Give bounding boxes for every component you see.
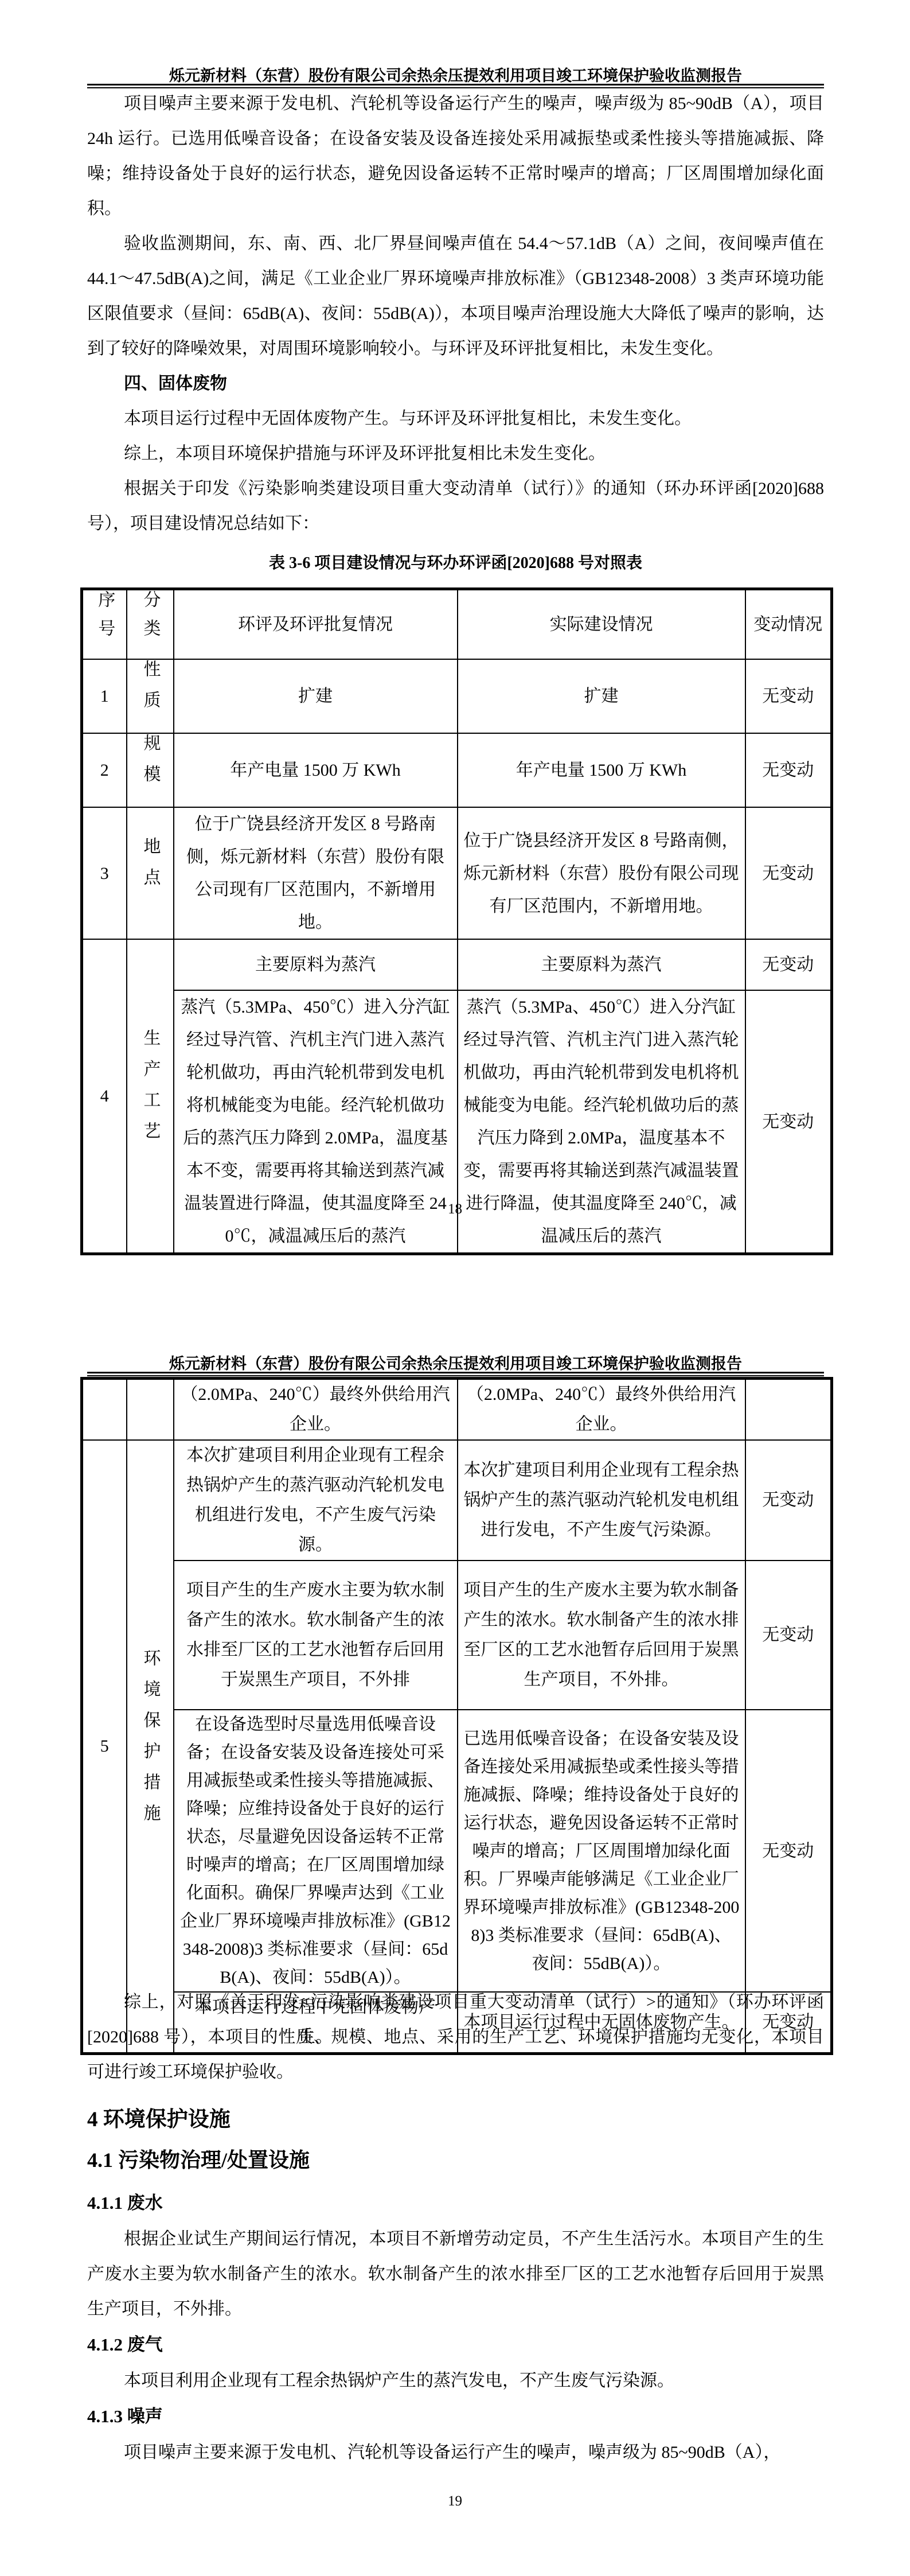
cell-actual: 主要原料为蒸汽: [458, 939, 745, 990]
cell-no: 5: [82, 1440, 127, 2054]
header-cell-no: 序号: [82, 589, 127, 660]
cell-change: 无变动: [745, 1710, 832, 1992]
page-header-title: 烁元新材料（东营）股份有限公司余热余压提效利用项目竣工环境保护验收监测报告: [87, 1351, 824, 1373]
paragraph-noise: 项目噪声主要来源于发电机、汽轮机等设备运行产生的噪声，噪声级为 85~90dB（…: [87, 2435, 824, 2470]
cell-actual: 项目产生的生产废水主要为软水制备产生的浓水。软水制备产生的浓水排至厂区的工艺水池…: [458, 1561, 745, 1710]
cell-eia: （2.0MPa、240℃）最终外供给用汽企业。: [174, 1379, 458, 1441]
page2-body: 综上，对照《关于印发<污染影响类建设项目重大变动清单（试行）>的通知》（环办环评…: [87, 1984, 824, 2470]
empty-cell: [745, 1379, 832, 1441]
header-rule: [87, 1372, 824, 1376]
cell-category: 地点: [127, 807, 174, 939]
paragraph-conclusion: 综上，对照《关于印发<污染影响类建设项目重大变动清单（试行）>的通知》（环办环评…: [87, 1984, 824, 2089]
cell-eia: 项目产生的生产废水主要为软水制备产生的浓水。软水制备产生的浓水排至厂区的工艺水池…: [174, 1561, 458, 1710]
table-header-row: 序号 分类 环评及环评批复情况 实际建设情况 变动情况: [82, 589, 832, 660]
paragraph-solid-waste: 本项目运行过程中无固体废物产生。与环评及环评批复相比，未发生变化。: [87, 401, 824, 436]
table-row-scale: 2 规模 年产电量 1500 万 KWh 年产电量 1500 万 KWh 无变动: [82, 733, 832, 807]
paragraph-wastegas: 本项目利用企业现有工程余热锅炉产生的蒸汽发电，不产生废气污染源。: [87, 2363, 824, 2398]
cell-change: 无变动: [745, 659, 832, 733]
header-cell-actual: 实际建设情况: [458, 589, 745, 660]
paragraph-noise-monitoring: 验收监测期间，东、南、西、北厂界昼间噪声值在 54.4～57.1dB（A）之间，…: [87, 226, 824, 366]
table-row-waste-water: 项目产生的生产废水主要为软水制备产生的浓水。软水制备产生的浓水排至厂区的工艺水池…: [82, 1561, 832, 1710]
page-18: 烁元新材料（东营）股份有限公司余热余压提效利用项目竣工环境保护验收监测报告 项目…: [0, 0, 910, 1288]
heading-solid-waste: 四、固体废物: [87, 366, 824, 401]
cell-no: 2: [82, 733, 127, 807]
cell-actual: 位于广饶县经济开发区 8 号路南侧，烁元新材料（东营）股份有限公司现有厂区范围内…: [458, 807, 745, 939]
report-document: 烁元新材料（东营）股份有限公司余热余压提效利用项目竣工环境保护验收监测报告 项目…: [0, 0, 910, 2576]
page-number: 18: [0, 1198, 910, 1221]
cell-no: 1: [82, 659, 127, 733]
table-row-location: 3 地点 位于广饶县经济开发区 8 号路南侧，烁元新材料（东营）股份有限公司现有…: [82, 807, 832, 939]
heading-section-4-1-1: 4.1.1 废水: [87, 2185, 824, 2221]
header-cell-change: 变动情况: [745, 589, 832, 660]
table-row-process-continued: （2.0MPa、240℃）最终外供给用汽企业。 （2.0MPa、240℃）最终外…: [82, 1379, 832, 1441]
comparison-table-page2: （2.0MPa、240℃）最终外供给用汽企业。 （2.0MPa、240℃）最终外…: [80, 1377, 833, 2055]
paragraph-basis: 根据关于印发《污染影响类建设项目重大变动清单（试行）》的通知（环办环评函[202…: [87, 471, 824, 541]
page-number: 19: [0, 2490, 910, 2513]
empty-cell: [82, 1379, 127, 1441]
cell-change: 无变动: [745, 1561, 832, 1710]
cell-change: 无变动: [745, 939, 832, 990]
cell-category: 性质: [127, 659, 174, 733]
cell-eia: 在设备选型时尽量选用低噪音设备；在设备安装及设备连接处可采用减振垫或柔性接头等措…: [174, 1710, 458, 1992]
header-cell-category: 分类: [127, 589, 174, 660]
heading-section-4-1-2: 4.1.2 废气: [87, 2326, 824, 2363]
table-row-waste-gas: 5 环境保护措施 本次扩建项目利用企业现有工程余热锅炉产生的蒸汽驱动汽轮机发电机…: [82, 1440, 832, 1561]
cell-actual: 本次扩建项目利用企业现有工程余热锅炉产生的蒸汽驱动汽轮机发电机组进行发电，不产生…: [458, 1440, 745, 1561]
cell-actual: 已选用低噪音设备；在设备安装及设备连接处采用减振垫或柔性接头等措施减振、降噪；维…: [458, 1710, 745, 1992]
page2-table-block: （2.0MPa、240℃）最终外供给用汽企业。 （2.0MPa、240℃）最终外…: [87, 1377, 824, 2055]
cell-eia: 主要原料为蒸汽: [174, 939, 458, 990]
cell-eia: 位于广饶县经济开发区 8 号路南侧，烁元新材料（东营）股份有限公司现有厂区范围内…: [174, 807, 458, 939]
comparison-table-page1: 序号 分类 环评及环评批复情况 实际建设情况 变动情况 1 性质 扩建 扩建 无…: [80, 587, 833, 1255]
table-row-nature: 1 性质 扩建 扩建 无变动: [82, 659, 832, 733]
page-19: 烁元新材料（东营）股份有限公司余热余压提效利用项目竣工环境保护验收监测报告 （2…: [0, 1288, 910, 2576]
cell-actual: （2.0MPa、240℃）最终外供给用汽企业。: [458, 1379, 745, 1441]
cell-eia: 本次扩建项目利用企业现有工程余热锅炉产生的蒸汽驱动汽轮机发电机组进行发电，不产生…: [174, 1440, 458, 1561]
cell-change: 无变动: [745, 807, 832, 939]
heading-section-4-1-3: 4.1.3 噪声: [87, 2398, 824, 2435]
cell-eia: 年产电量 1500 万 KWh: [174, 733, 458, 807]
table-caption: 表 3-6 项目建设情况与环办环评函[2020]688 号对照表: [87, 546, 824, 581]
empty-cell: [127, 1379, 174, 1441]
page-header-title: 烁元新材料（东营）股份有限公司余热余压提效利用项目竣工环境保护验收监测报告: [87, 63, 824, 85]
header-cell-eia: 环评及环评批复情况: [174, 589, 458, 660]
cell-change: 无变动: [745, 733, 832, 807]
cell-eia: 扩建: [174, 659, 458, 733]
heading-section-4-1: 4.1 污染物治理/处置设施: [87, 2140, 824, 2180]
paragraph-noise-intro: 项目噪声主要来源于发电机、汽轮机等设备运行产生的噪声，噪声级为 85~90dB（…: [87, 86, 824, 226]
cell-category: 环境保护措施: [127, 1440, 174, 2054]
heading-section-4: 4 环境保护设施: [87, 2100, 824, 2140]
paragraph-wastewater: 根据企业试生产期间运行情况，本项目不新增劳动定员，不产生生活污水。本项目产生的生…: [87, 2221, 824, 2326]
cell-category: 规模: [127, 733, 174, 807]
table-row-noise: 在设备选型时尽量选用低噪音设备；在设备安装及设备连接处可采用减振垫或柔性接头等措…: [82, 1710, 832, 1992]
cell-change: 无变动: [745, 1440, 832, 1561]
cell-no: 3: [82, 807, 127, 939]
cell-actual: 扩建: [458, 659, 745, 733]
cell-actual: 年产电量 1500 万 KWh: [458, 733, 745, 807]
table-row-process-material: 4 生产工艺 主要原料为蒸汽 主要原料为蒸汽 无变动: [82, 939, 832, 990]
paragraph-summary: 综上，本项目环境保护措施与环评及环评批复相比未发生变化。: [87, 436, 824, 471]
page1-body: 项目噪声主要来源于发电机、汽轮机等设备运行产生的噪声，噪声级为 85~90dB（…: [87, 86, 824, 1255]
